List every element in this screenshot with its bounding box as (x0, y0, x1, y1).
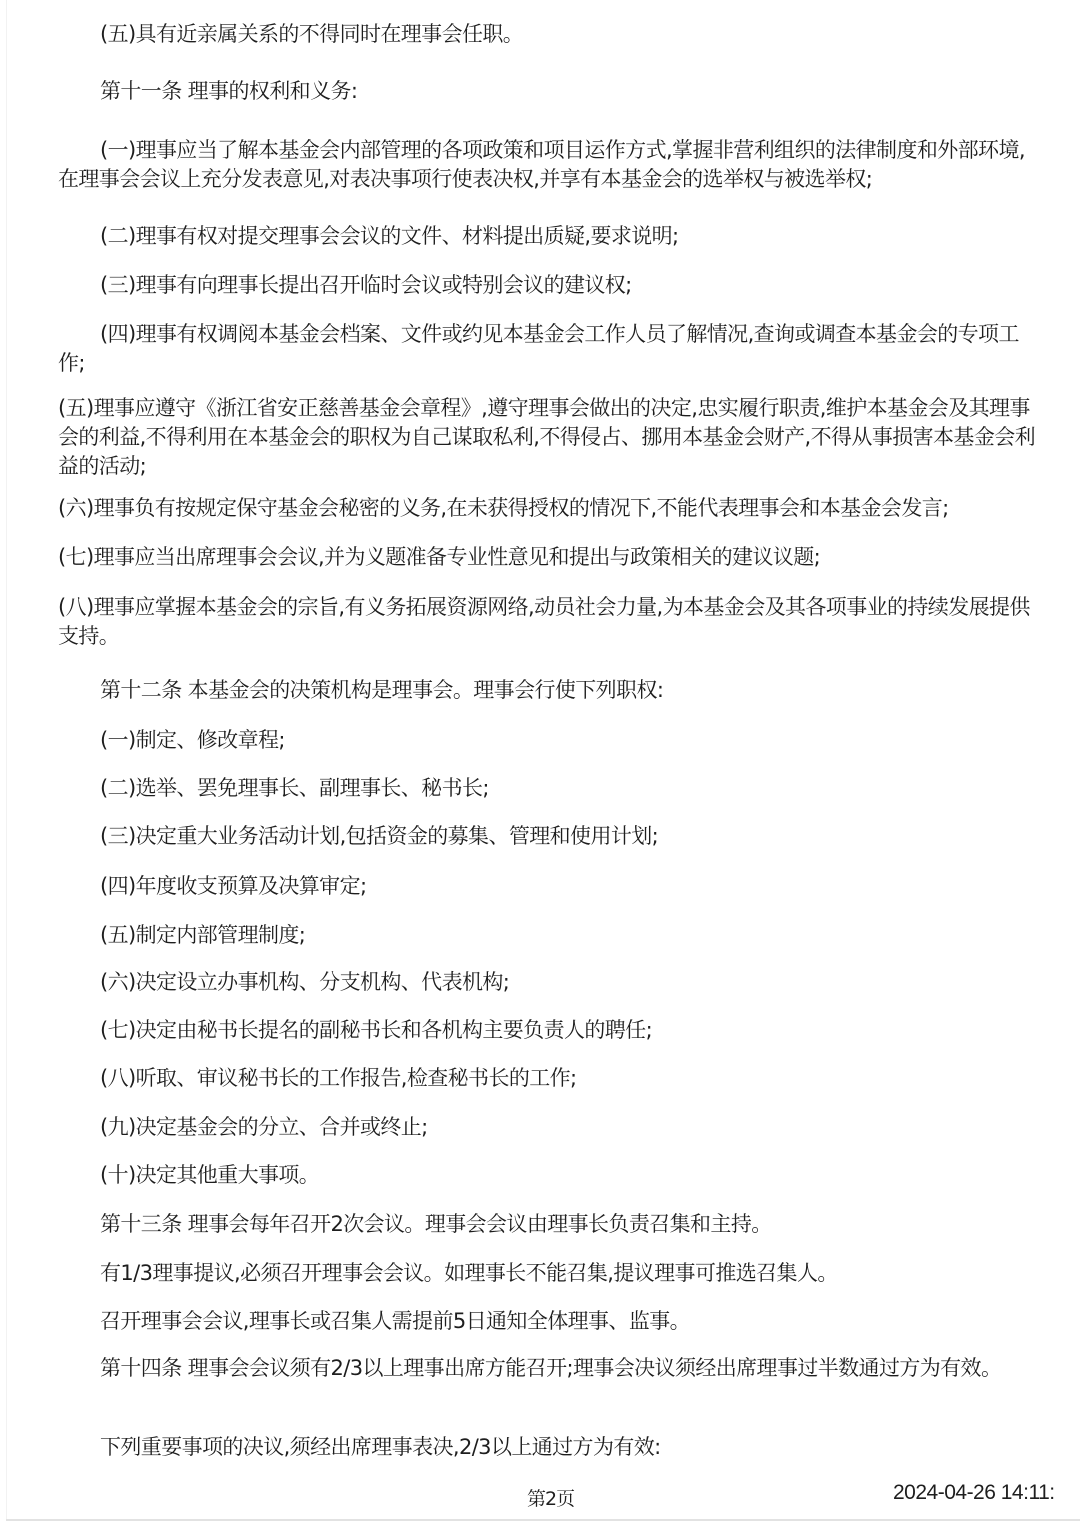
paragraph-13-3: 召开理事会会议,理事长或召集人需提前5日通知全体理事、监事。 (100, 1307, 1040, 1336)
document-page: (五)具有近亲属关系的不得同时在理事会任职。 第十一条 理事的权利和义务: (一… (0, 0, 1080, 1527)
paragraph-12-7: (七)决定由秘书长提名的副秘书长和各机构主要负责人的聘任; (100, 1016, 1040, 1045)
print-timestamp: 2024-04-26 14:11: (893, 1481, 1055, 1505)
paragraph-14-2: 下列重要事项的决议,须经出席理事表决,2/3以上通过方为有效: (100, 1433, 1040, 1462)
paragraph-12-1: (一)制定、修改章程; (100, 726, 1040, 755)
article-14-heading: 第十四条 理事会会议须有2/3以上理事出席方能召开;理事会决议须经出席理事过半数… (58, 1354, 1038, 1383)
scan-left-edge (6, 0, 7, 1519)
paragraph-11-8: (八)理事应掌握本基金会的宗旨,有义务拓展资源网络,动员社会力量,为本基金会及其… (58, 593, 1038, 651)
paragraph-12-8: (八)听取、审议秘书长的工作报告,检查秘书长的工作; (100, 1064, 1040, 1093)
article-12-heading: 第十二条 本基金会的决策机构是理事会。理事会行使下列职权: (100, 676, 1040, 705)
paragraph-11-5: (五)理事应遵守《浙江省安正慈善基金会章程》,遵守理事会做出的决定,忠实履行职责… (58, 394, 1038, 481)
paragraph-10-5: (五)具有近亲属关系的不得同时在理事会任职。 (100, 20, 1040, 49)
paragraph-12-9: (九)决定基金会的分立、合并或终止; (100, 1113, 1040, 1142)
scan-bottom-edge (6, 1519, 1080, 1521)
paragraph-12-6: (六)决定设立办事机构、分支机构、代表机构; (100, 968, 1040, 997)
paragraph-12-3: (三)决定重大业务活动计划,包括资金的募集、管理和使用计划; (100, 822, 1040, 851)
article-11-heading: 第十一条 理事的权利和义务: (100, 77, 1040, 106)
paragraph-12-4: (四)年度收支预算及决算审定; (100, 872, 1040, 901)
paragraph-11-6: (六)理事负有按规定保守基金会秘密的义务,在未获得授权的情况下,不能代表理事会和… (58, 494, 1038, 523)
paragraph-11-4: (四)理事有权调阅本基金会档案、文件或约见本基金会工作人员了解情况,查询或调查本… (58, 320, 1038, 378)
paragraph-12-10: (十)决定其他重大事项。 (100, 1161, 1040, 1190)
paragraph-11-1: (一)理事应当了解本基金会内部管理的各项政策和项目运作方式,掌握非营利组织的法律… (58, 136, 1038, 194)
article-13-heading: 第十三条 理事会每年召开2次会议。理事会会议由理事长负责召集和主持。 (100, 1210, 1040, 1239)
paragraph-11-2: (二)理事有权对提交理事会会议的文件、材料提出质疑,要求说明; (100, 222, 1040, 251)
page-number: 第2页 (527, 1484, 574, 1511)
paragraph-11-7: (七)理事应当出席理事会会议,并为义题准备专业性意见和提出与政策相关的建议议题; (58, 543, 1038, 572)
paragraph-12-5: (五)制定内部管理制度; (100, 921, 1040, 950)
paragraph-11-3: (三)理事有向理事长提出召开临时会议或特别会议的建议权; (100, 271, 1040, 300)
paragraph-12-2: (二)选举、罢免理事长、副理事长、秘书长; (100, 774, 1040, 803)
paragraph-13-2: 有1/3理事提议,必须召开理事会会议。如理事长不能召集,提议理事可推选召集人。 (100, 1259, 1040, 1288)
